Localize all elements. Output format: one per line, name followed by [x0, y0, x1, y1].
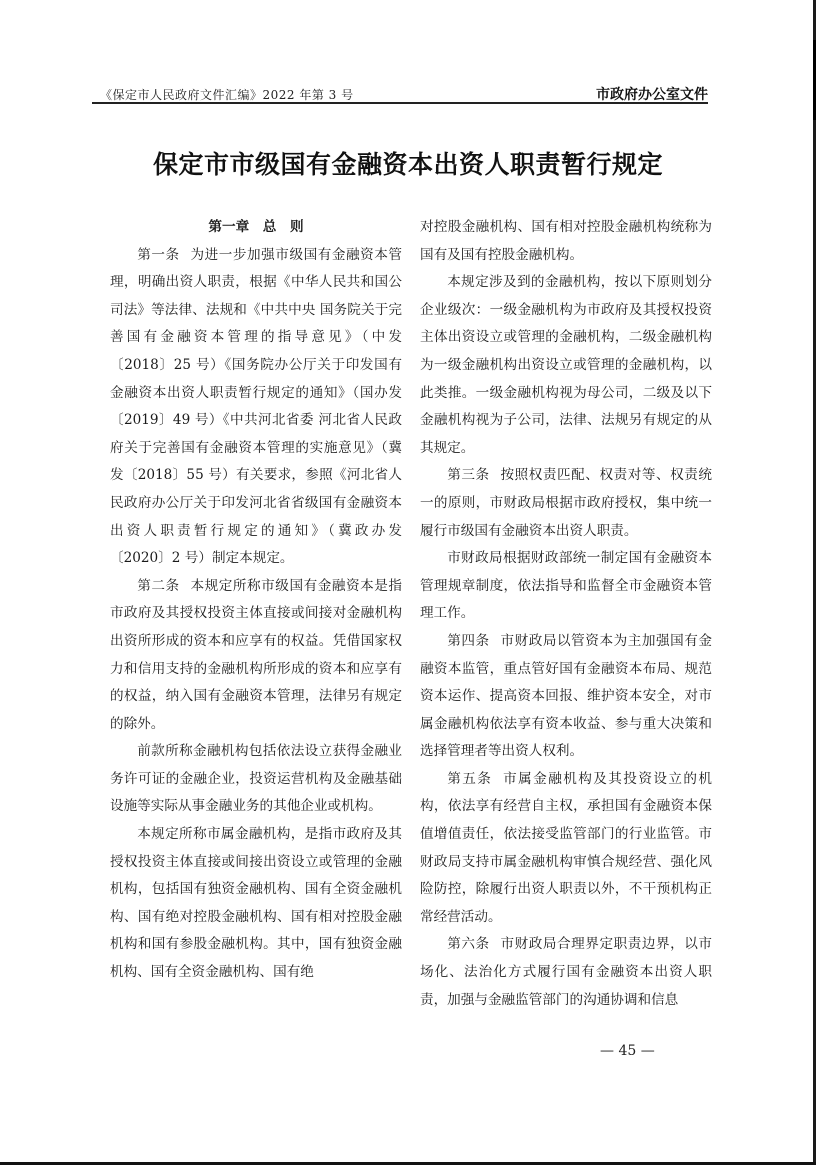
- paragraph: 市财政局根据财政部统一制定国有金融资本管理规章制度，依法指导和监督全市金融资本管…: [420, 545, 712, 628]
- paragraph: 第二条本规定所称市级国有金融资本是指市政府及其授权投资主体直接或间接对金融机构出…: [110, 573, 402, 739]
- running-head: 《保定市人民政府文件汇编》2022 年第 3 号 市政府办公室文件: [100, 84, 708, 104]
- running-head-section: 市政府办公室文件: [596, 84, 708, 104]
- paragraph: 前款所称金融机构包括依法设立获得金融业务许可证的金融企业，投资运营机构及金融基础…: [110, 738, 402, 821]
- page-number: — 45 —: [600, 1043, 655, 1059]
- paragraph: 本规定涉及到的金融机构，按以下原则划分企业级次：一级金融机构为市政府及其授权投资…: [420, 269, 712, 462]
- paragraph: 第六条市财政局合理界定职责边界，以市场化、法治化方式履行国有金融资本出资人职责，…: [420, 931, 712, 1014]
- paragraph: 第三条按照权责匹配、权责对等、权责统一的原则，市财政局根据市政府授权，集中统一履…: [420, 462, 712, 545]
- article-label: 第四条: [447, 633, 489, 649]
- article-label: 第二条: [137, 578, 179, 594]
- header-rule-divider: [92, 102, 708, 104]
- right-column: 对控股金融机构、国有相对控股金融机构统称为国有及国有控股金融机构。 本规定涉及到…: [420, 214, 712, 1014]
- running-head-publication: 《保定市人民政府文件汇编》2022 年第 3 号: [100, 86, 354, 103]
- paragraph-continuation: 对控股金融机构、国有相对控股金融机构统称为国有及国有控股金融机构。: [420, 214, 712, 269]
- paragraph: 本规定所称市属金融机构，是指市政府及其授权投资主体直接或间接出资设立或管理的金融…: [110, 821, 402, 987]
- left-column: 第一章 总 则 第一条为进一步加强市级国有金融资本管理，明确出资人职责，根据《中…: [110, 214, 402, 987]
- paragraph: 第四条市财政局以管资本为主加强国有金融资本监管，重点管好国有金融资本布局、规范资…: [420, 628, 712, 766]
- article-label: 第三条: [447, 467, 489, 483]
- article-label: 第六条: [447, 936, 489, 952]
- article-label: 第一条: [137, 247, 179, 263]
- document-title: 保定市市级国有金融资本出资人职责暂行规定: [0, 145, 816, 181]
- paragraph: 第五条市属金融机构及其投资设立的机构，依法享有经营自主权，承担国有金融资本保值增…: [420, 766, 712, 932]
- paragraph: 第一条为进一步加强市级国有金融资本管理，明确出资人职责，根据《中华人民共和国公司…: [110, 242, 402, 573]
- chapter-heading: 第一章 总 则: [110, 214, 402, 242]
- article-label: 第五条: [447, 771, 492, 787]
- document-page: 《保定市人民政府文件汇编》2022 年第 3 号 市政府办公室文件 保定市市级国…: [0, 0, 816, 1165]
